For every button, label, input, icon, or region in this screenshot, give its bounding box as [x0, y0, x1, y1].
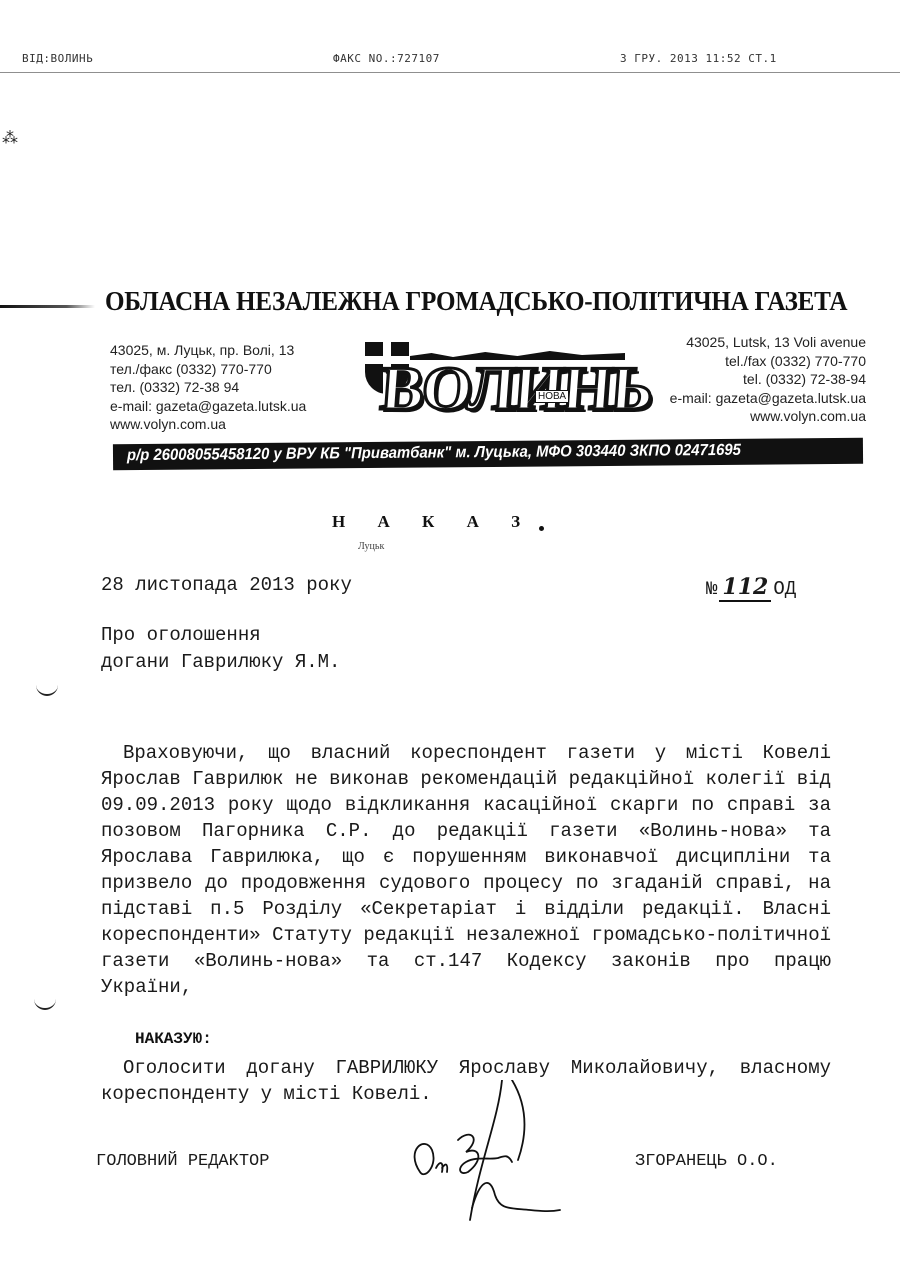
logo-sub-label: НОВА: [535, 390, 569, 403]
phone-line: тел. (0332) 72-38 94: [110, 378, 306, 397]
fax-header-rule: [0, 72, 900, 73]
fax-header: ВІД:ВОЛИНЬ ФАКС NO.:727107 3 ГРУ. 2013 1…: [0, 52, 900, 72]
bank-details-bar: р/р 26008055458120 у ВРУ КБ "Приватбанк"…: [113, 438, 863, 471]
email-line: e-mail: gazeta@gazeta.lutsk.ua: [110, 397, 306, 416]
bank-details-text: р/р 26008055458120 у ВРУ КБ "Приватбанк"…: [127, 442, 741, 465]
subject-line: догани Гаврилюку Я.М.: [101, 649, 340, 676]
signatory-name: ЗГОРАНЕЦЬ О.О.: [635, 1152, 778, 1171]
phone-line: tel. (0332) 72-38-94: [670, 370, 866, 389]
address-block-english: 43025, Lutsk, 13 Voli avenue tel./fax (0…: [670, 333, 866, 426]
scan-artifact-mark: ⁂: [2, 128, 18, 147]
punch-hole-mark-bottom: [34, 998, 56, 1010]
newspaper-logo: ВОЛИНЬ НОВА: [365, 338, 630, 428]
email-line: e-mail: gazeta@gazeta.lutsk.ua: [670, 389, 866, 408]
order-number-suffix: ОД: [773, 578, 796, 600]
handwritten-signature: [400, 1080, 600, 1230]
order-number: №112ОД: [706, 574, 796, 602]
scan-artifact-dot: [539, 526, 544, 531]
document-place: Луцьк: [358, 541, 384, 552]
newspaper-masthead-title: ОБЛАСНА НЕЗАЛЕЖНА ГРОМАДСЬКО-ПОЛІТИЧНА Г…: [105, 286, 812, 317]
punch-hole-mark-top: [36, 684, 58, 696]
phone-fax-line: tel./fax (0332) 770-770: [670, 352, 866, 371]
decree-label: НАКАЗУЮ:: [135, 1030, 212, 1048]
fax-datetime-page: 3 ГРУ. 2013 11:52 СТ.1: [620, 52, 777, 65]
fax-number: ФАКС NO.:727107: [333, 52, 440, 65]
order-number-prefix: №: [706, 578, 717, 600]
order-number-value: 112: [719, 574, 771, 602]
website-line: www.volyn.com.ua: [110, 415, 306, 434]
address-line: 43025, Lutsk, 13 Voli avenue: [670, 333, 866, 352]
fax-from: ВІД:ВОЛИНЬ: [22, 52, 93, 65]
signatory-title: ГОЛОВНИЙ РЕДАКТОР: [96, 1152, 269, 1171]
address-block-ukrainian: 43025, м. Луцьк, пр. Волі, 13 тел./факс …: [110, 341, 306, 434]
document-body-paragraph: Враховуючи, що власний кореспондент газе…: [101, 740, 831, 1000]
document-subject: Про оголошення догани Гаврилюку Я.М.: [101, 622, 340, 676]
subject-line: Про оголошення: [101, 622, 340, 649]
scan-artifact-smudge: [0, 305, 95, 308]
phone-fax-line: тел./факс (0332) 770-770: [110, 360, 306, 379]
document-date: 28 листопада 2013 року: [101, 574, 352, 596]
document-type-heading: Н А К А З: [332, 512, 534, 532]
website-line: www.volyn.com.ua: [670, 407, 866, 426]
logo-wordmark: ВОЛИНЬ: [378, 358, 654, 420]
address-line: 43025, м. Луцьк, пр. Волі, 13: [110, 341, 306, 360]
